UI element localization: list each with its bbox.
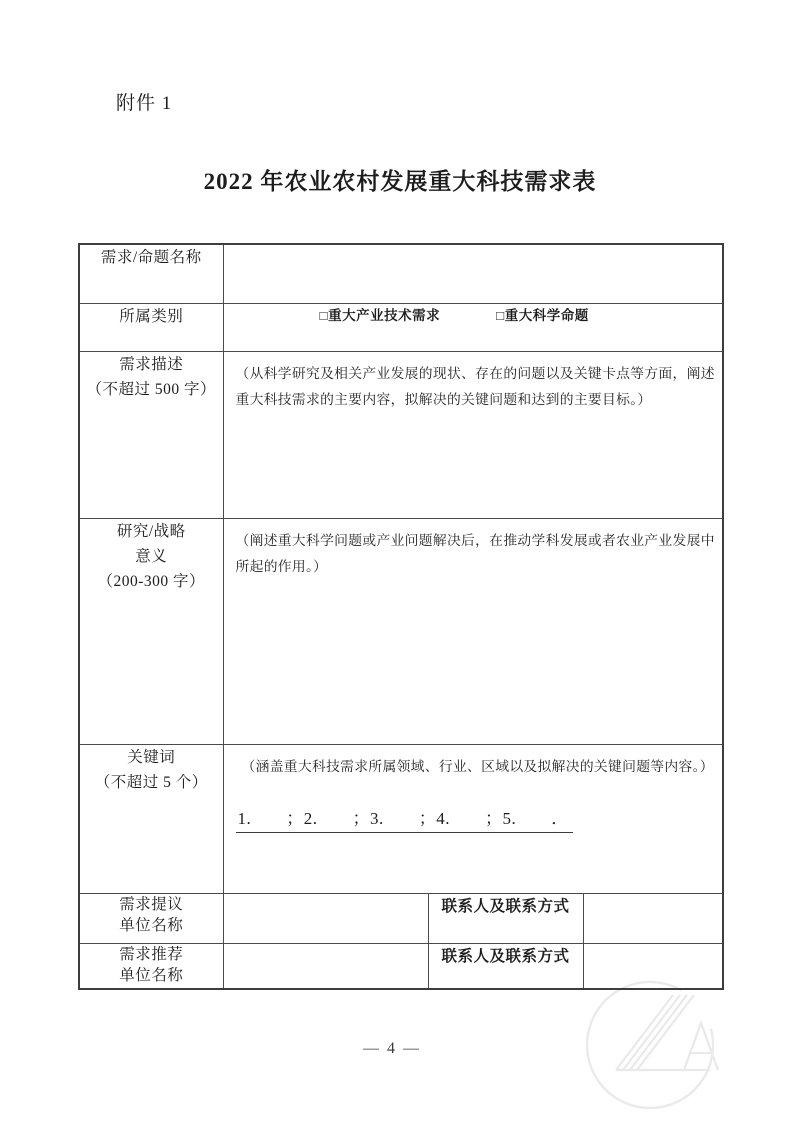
keywords-label: 关键词 （不超过 5 个） xyxy=(79,744,223,893)
need-description-value-cell: （从科学研究及相关产业发展的现状、存在的问题以及关键卡点等方面，阐述 重大科技需… xyxy=(223,351,723,518)
needs-form-table: 需求/命题名称 所属类别 □重大产业技术需求 □重大科学命题 需求描述 （不超过… xyxy=(78,243,724,990)
recommender-contact-value-cell xyxy=(583,943,723,989)
attachment-label: 附件 1 xyxy=(116,88,172,115)
document-page: 附件 1 2022 年农业农村发展重大科技需求表 需求/命题名称 所属类别 □重… xyxy=(0,0,800,1131)
category-label: 所属类别 xyxy=(79,303,223,351)
research-significance-label: 研究/战略 意义 （200-300 字） xyxy=(79,518,223,744)
need-description-label: 需求描述 （不超过 500 字） xyxy=(79,351,223,518)
row-keywords: 关键词 （不超过 5 个） （涵盖重大科技需求所属领域、行业、区域以及拟解决的关… xyxy=(79,744,723,893)
category-value-cell: □重大产业技术需求 □重大科学命题 xyxy=(223,303,723,351)
recommender-contact-label: 联系人及联系方式 xyxy=(428,943,583,989)
proposer-contact-value-cell xyxy=(583,893,723,943)
need-name-value-cell xyxy=(223,244,723,303)
row-category: 所属类别 □重大产业技术需求 □重大科学命题 xyxy=(79,303,723,351)
research-significance-hint: （阐述重大科学问题或产业问题解决后，在推动学科发展或者农业产业发展中 所起的作用… xyxy=(224,519,723,580)
recommender-unit-label: 需求推荐 单位名称 xyxy=(79,943,223,989)
need-name-label: 需求/命题名称 xyxy=(79,244,223,303)
proposer-unit-label: 需求提议 单位名称 xyxy=(79,893,223,943)
checkbox-major-science-proposition: □重大科学命题 xyxy=(496,304,589,324)
row-recommender: 需求推荐 单位名称 联系人及联系方式 xyxy=(79,943,723,989)
research-significance-value-cell: （阐述重大科学问题或产业问题解决后，在推动学科发展或者农业产业发展中 所起的作用… xyxy=(223,518,723,744)
checkbox-major-industry-tech-need: □重大产业技术需求 xyxy=(320,304,441,324)
circular-logo-watermark xyxy=(570,972,750,1131)
recommender-unit-value-cell xyxy=(223,943,428,989)
row-research-significance: 研究/战略 意义 （200-300 字） （阐述重大科学问题或产业问题解决后，在… xyxy=(79,518,723,744)
row-need-name: 需求/命题名称 xyxy=(79,244,723,303)
keywords-value-cell: （涵盖重大科技需求所属领域、行业、区域以及拟解决的关键问题等内容。） 1. ；2… xyxy=(223,744,723,893)
proposer-unit-value-cell xyxy=(223,893,428,943)
keywords-fill-line: 1. ；2. ；3. ；4. ；5. ． xyxy=(236,804,573,833)
row-need-description: 需求描述 （不超过 500 字） （从科学研究及相关产业发展的现状、存在的问题以… xyxy=(79,351,723,518)
row-proposer: 需求提议 单位名称 联系人及联系方式 xyxy=(79,893,723,943)
document-title: 2022 年农业农村发展重大科技需求表 xyxy=(0,163,800,196)
need-description-hint: （从科学研究及相关产业发展的现状、存在的问题以及关键卡点等方面，阐述 重大科技需… xyxy=(224,352,723,413)
keywords-hint: （涵盖重大科技需求所属领域、行业、区域以及拟解决的关键问题等内容。） xyxy=(224,745,723,780)
proposer-contact-label: 联系人及联系方式 xyxy=(428,893,583,943)
category-options: □重大产业技术需求 □重大科学命题 xyxy=(224,304,723,324)
